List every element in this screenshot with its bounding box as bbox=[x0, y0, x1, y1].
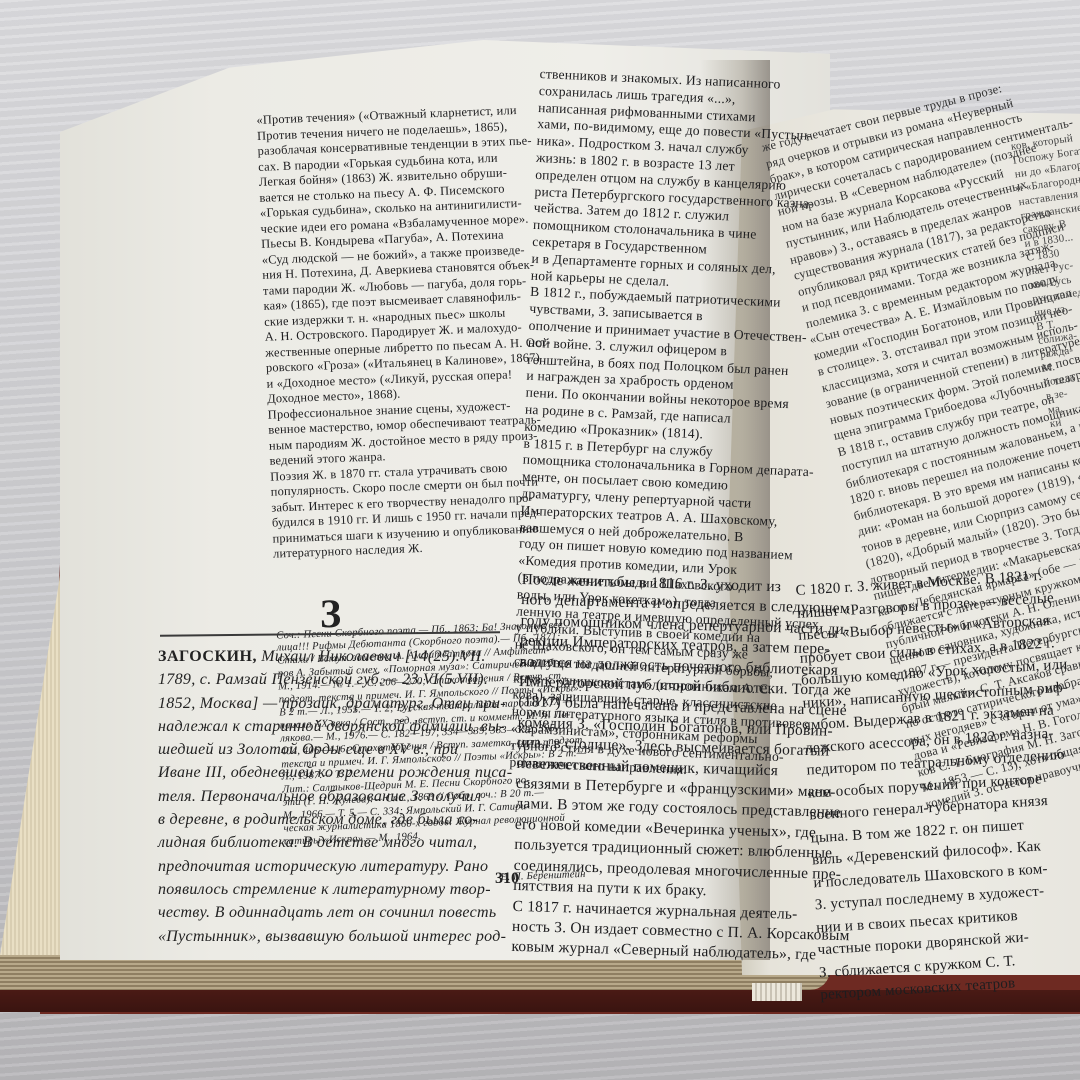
section-letter: З bbox=[320, 590, 341, 637]
entry-text: Михаил Николаевич [14(25).VII. 1789, с. … bbox=[158, 648, 512, 945]
bookmark-ribbon bbox=[752, 983, 802, 1001]
right-column-1-lower: С 1820 г. З. живет в Москве. В 1821 г. п… bbox=[795, 564, 1080, 1007]
page-number: 310 bbox=[495, 870, 519, 888]
encyclopedia-entry: ЗАГОСКИН, Михаил Николаевич [14(25).VII.… bbox=[158, 645, 512, 948]
entry-headword: ЗАГОСКИН, bbox=[158, 648, 257, 665]
